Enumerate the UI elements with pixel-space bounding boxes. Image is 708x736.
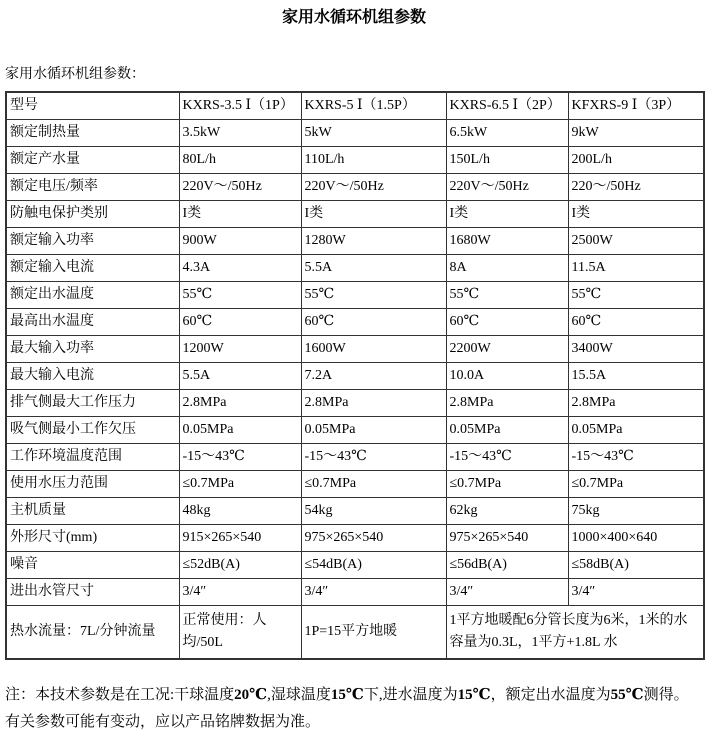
cell: 1680W: [446, 228, 568, 255]
note-bold-value: 15℃: [331, 687, 364, 703]
row-label: 最大输入功率: [6, 336, 179, 363]
cell: 1200W: [179, 336, 301, 363]
cell: 3/4″: [446, 579, 568, 606]
table-row: 使用水压力范围 ≤0.7MPa ≤0.7MPa ≤0.7MPa ≤0.7MPa: [6, 471, 704, 498]
table-row: 额定产水量 80L/h 110L/h 150L/h 200L/h: [6, 147, 704, 174]
spec-table: 型号 KXRS-3.5 Ⅰ（1P） KXRS-5 Ⅰ（1.5P） KXRS-6.…: [5, 91, 705, 660]
cell: 60℃: [568, 309, 704, 336]
row-label: 最高出水温度: [6, 309, 179, 336]
cell: 55℃: [179, 282, 301, 309]
cell: ≤0.7MPa: [179, 471, 301, 498]
cell: 5kW: [301, 120, 446, 147]
cell: 正常使用：人均/50L: [179, 606, 301, 660]
cell: 1000×400×640: [568, 525, 704, 552]
cell: 220V～/50Hz: [446, 174, 568, 201]
cell: 60℃: [446, 309, 568, 336]
row-label: 额定输入功率: [6, 228, 179, 255]
cell: 110L/h: [301, 147, 446, 174]
cell: 2.8MPa: [301, 390, 446, 417]
row-label: 进出水管尺寸: [6, 579, 179, 606]
table-row-hot-water-flow: 热水流量：7L/分钟流量 正常使用：人均/50L 1P=15平方地暖 1平方地暖…: [6, 606, 704, 660]
table-row: 防触电保护类别 I类 I类 I类 I类: [6, 201, 704, 228]
cell: 80L/h: [179, 147, 301, 174]
note-text: 测得。: [644, 687, 689, 703]
cell: ≤56dB(A): [446, 552, 568, 579]
cell: 55℃: [568, 282, 704, 309]
cell: 220V～/50Hz: [179, 174, 301, 201]
cell: 1P=15平方地暖: [301, 606, 446, 660]
cell: I类: [179, 201, 301, 228]
cell: 11.5A: [568, 255, 704, 282]
note-text: ,湿球温度: [267, 687, 331, 703]
row-label: 主机质量: [6, 498, 179, 525]
row-label: 额定电压/频率: [6, 174, 179, 201]
row-label: 排气侧最大工作压力: [6, 390, 179, 417]
row-label: 工作环境温度范围: [6, 444, 179, 471]
header-cell-model: 型号: [6, 92, 179, 120]
note-text: 下,进水温度为: [364, 687, 458, 703]
row-label: 使用水压力范围: [6, 471, 179, 498]
row-label: 额定输入电流: [6, 255, 179, 282]
cell: ≤0.7MPa: [301, 471, 446, 498]
row-label: 外形尺寸(mm): [6, 525, 179, 552]
cell: 0.05MPa: [179, 417, 301, 444]
cell: 915×265×540: [179, 525, 301, 552]
row-label: 最大输入电流: [6, 363, 179, 390]
cell: 5.5A: [179, 363, 301, 390]
cell: -15～43℃: [446, 444, 568, 471]
cell: 60℃: [179, 309, 301, 336]
cell: 3.5kW: [179, 120, 301, 147]
cell: 2200W: [446, 336, 568, 363]
cell: 15.5A: [568, 363, 704, 390]
cell: 2.8MPa: [446, 390, 568, 417]
row-label: 热水流量：7L/分钟流量: [6, 606, 179, 660]
table-row: 额定电压/频率 220V～/50Hz 220V～/50Hz 220V～/50Hz…: [6, 174, 704, 201]
table-row: 排气侧最大工作压力 2.8MPa 2.8MPa 2.8MPa 2.8MPa: [6, 390, 704, 417]
cell: 4.3A: [179, 255, 301, 282]
table-row: 噪音 ≤52dB(A) ≤54dB(A) ≤56dB(A) ≤58dB(A): [6, 552, 704, 579]
cell: 10.0A: [446, 363, 568, 390]
cell: 9kW: [568, 120, 704, 147]
table-row: 额定制热量 3.5kW 5kW 6.5kW 9kW: [6, 120, 704, 147]
cell: -15～43℃: [179, 444, 301, 471]
note-line-2: 有关参数可能有变动，应以产品铭牌数据为准。: [5, 709, 703, 736]
row-label: 额定制热量: [6, 120, 179, 147]
table-row: 额定输入功率 900W 1280W 1680W 2500W: [6, 228, 704, 255]
cell: 975×265×540: [301, 525, 446, 552]
row-label: 额定出水温度: [6, 282, 179, 309]
row-label: 噪音: [6, 552, 179, 579]
note-bold-value: 15℃: [458, 687, 491, 703]
cell: I类: [446, 201, 568, 228]
cell: 0.05MPa: [301, 417, 446, 444]
cell: 3400W: [568, 336, 704, 363]
cell: 54kg: [301, 498, 446, 525]
note-line-1: 注：本技术参数是在工况:干球温度20℃,湿球温度15℃下,进水温度为15℃，额定…: [5, 682, 703, 709]
cell: 2.8MPa: [179, 390, 301, 417]
cell: 3/4″: [568, 579, 704, 606]
cell: ≤0.7MPa: [446, 471, 568, 498]
header-cell-kxrs5: KXRS-5 Ⅰ（1.5P）: [301, 92, 446, 120]
note-bold-value: 20℃: [234, 687, 267, 703]
table-label: 家用水循环机组参数：: [5, 67, 703, 83]
table-row: 吸气侧最小工作欠压 0.05MPa 0.05MPa 0.05MPa 0.05MP…: [6, 417, 704, 444]
cell: -15～43℃: [301, 444, 446, 471]
header-cell-kxrs65: KXRS-6.5 Ⅰ（2P）: [446, 92, 568, 120]
table-row: 进出水管尺寸 3/4″ 3/4″ 3/4″ 3/4″: [6, 579, 704, 606]
cell: 150L/h: [446, 147, 568, 174]
cell: 7.2A: [301, 363, 446, 390]
table-row: 主机质量 48kg 54kg 62kg 75kg: [6, 498, 704, 525]
cell: 2.8MPa: [568, 390, 704, 417]
cell: 3/4″: [179, 579, 301, 606]
cell: 48kg: [179, 498, 301, 525]
cell: 975×265×540: [446, 525, 568, 552]
cell: ≤0.7MPa: [568, 471, 704, 498]
cell: 1600W: [301, 336, 446, 363]
cell: 5.5A: [301, 255, 446, 282]
note-text: ，额定出水温度为: [491, 687, 611, 703]
cell: ≤54dB(A): [301, 552, 446, 579]
table-row: 最大输入功率 1200W 1600W 2200W 3400W: [6, 336, 704, 363]
cell: 6.5kW: [446, 120, 568, 147]
row-label: 吸气侧最小工作欠压: [6, 417, 179, 444]
page-title: 家用水循环机组参数: [5, 0, 703, 29]
cell: 60℃: [301, 309, 446, 336]
cell-merged: 1平方地暖配6分管长度为6米，1米的水容量为0.3L，1平方+1.8L 水: [446, 606, 704, 660]
table-row: 工作环境温度范围 -15～43℃ -15～43℃ -15～43℃ -15～43℃: [6, 444, 704, 471]
header-cell-kxrs35: KXRS-3.5 Ⅰ（1P）: [179, 92, 301, 120]
cell: 55℃: [446, 282, 568, 309]
cell: I类: [301, 201, 446, 228]
row-label: 额定产水量: [6, 147, 179, 174]
table-row: 外形尺寸(mm) 915×265×540 975×265×540 975×265…: [6, 525, 704, 552]
cell: 3/4″: [301, 579, 446, 606]
cell: ≤52dB(A): [179, 552, 301, 579]
cell: 220～/50Hz: [568, 174, 704, 201]
cell: ≤58dB(A): [568, 552, 704, 579]
cell: 0.05MPa: [446, 417, 568, 444]
table-header-row: 型号 KXRS-3.5 Ⅰ（1P） KXRS-5 Ⅰ（1.5P） KXRS-6.…: [6, 92, 704, 120]
note-text: 注：本技术参数是在工况:干球温度: [5, 687, 234, 703]
cell: 75kg: [568, 498, 704, 525]
cell: -15～43℃: [568, 444, 704, 471]
table-row: 最高出水温度 60℃ 60℃ 60℃ 60℃: [6, 309, 704, 336]
header-cell-kfxrs9: KFXRS-9 Ⅰ（3P）: [568, 92, 704, 120]
table-row: 额定输入电流 4.3A 5.5A 8A 11.5A: [6, 255, 704, 282]
cell: 55℃: [301, 282, 446, 309]
page: 家用水循环机组参数 家用水循环机组参数： 型号 KXRS-3.5 Ⅰ（1P） K…: [0, 0, 708, 736]
cell: 0.05MPa: [568, 417, 704, 444]
table-row: 额定出水温度 55℃ 55℃ 55℃ 55℃: [6, 282, 704, 309]
row-label: 防触电保护类别: [6, 201, 179, 228]
notes: 注：本技术参数是在工况:干球温度20℃,湿球温度15℃下,进水温度为15℃，额定…: [5, 682, 703, 736]
cell: 1280W: [301, 228, 446, 255]
cell: 62kg: [446, 498, 568, 525]
cell: 200L/h: [568, 147, 704, 174]
cell: 220V～/50Hz: [301, 174, 446, 201]
note-bold-value: 55℃: [611, 687, 644, 703]
cell: 8A: [446, 255, 568, 282]
table-row: 最大输入电流 5.5A 7.2A 10.0A 15.5A: [6, 363, 704, 390]
cell: I类: [568, 201, 704, 228]
cell: 2500W: [568, 228, 704, 255]
cell: 900W: [179, 228, 301, 255]
